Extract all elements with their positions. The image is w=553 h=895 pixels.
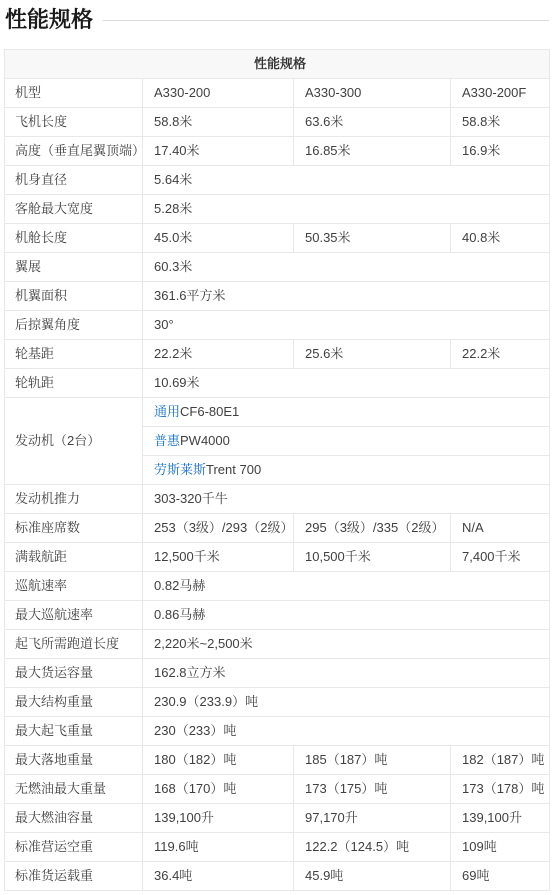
table-row: 客舱最大宽度5.28米 bbox=[5, 195, 550, 224]
table-row: 翼展60.3米 bbox=[5, 253, 550, 282]
table-row: 发动机推力303-320千牛 bbox=[5, 485, 550, 514]
table-row: 机翼面积361.6平方米 bbox=[5, 282, 550, 311]
spec-value-cell: 139,100升 bbox=[451, 804, 550, 833]
table-title: 性能规格 bbox=[5, 50, 550, 79]
spec-value-cell: 58.8米 bbox=[451, 108, 550, 137]
spec-label-cell: 最大起飞重量 bbox=[5, 717, 143, 746]
table-row: 标准营运空重119.6吨122.2（124.5）吨109吨 bbox=[5, 833, 550, 862]
spec-label-cell: 机舱长度 bbox=[5, 224, 143, 253]
spec-value-cell: 16.85米 bbox=[294, 137, 451, 166]
page: 性能规格 性能规格 机型A330-200A330-300A330-200F飞机长… bbox=[0, 0, 553, 895]
spec-value-cell: 普惠PW4000 bbox=[143, 427, 550, 456]
table-row: 机型A330-200A330-300A330-200F bbox=[5, 79, 550, 108]
spec-label-cell: 机翼面积 bbox=[5, 282, 143, 311]
table-row: 最大燃油容量139,100升97,170升139,100升 bbox=[5, 804, 550, 833]
table-row: 起飞所需跑道长度2,220米~2,500米 bbox=[5, 630, 550, 659]
spec-value-cell: N/A bbox=[451, 514, 550, 543]
spec-value-cell: 5.64米 bbox=[143, 166, 550, 195]
spec-value-cell: 230.9（233.9）吨 bbox=[143, 688, 550, 717]
spec-label-cell: 发动机（2台） bbox=[5, 398, 143, 485]
table-row: 最大起飞重量230（233）吨 bbox=[5, 717, 550, 746]
spec-value-cell: 180（182）吨 bbox=[143, 746, 294, 775]
spec-label-cell: 标准营运空重 bbox=[5, 833, 143, 862]
spec-value-cell: 58.8米 bbox=[143, 108, 294, 137]
spec-label-cell: 无燃油最大重量 bbox=[5, 775, 143, 804]
spec-value-cell: 45.9吨 bbox=[294, 862, 451, 891]
spec-label-cell: 最大货运容量 bbox=[5, 659, 143, 688]
table-row: 轮轨距10.69米 bbox=[5, 369, 550, 398]
spec-value-cell: 303-320千牛 bbox=[143, 485, 550, 514]
spec-label-cell: 最大巡航速率 bbox=[5, 601, 143, 630]
table-row: 无燃油最大重量168（170）吨173（175）吨173（178）吨 bbox=[5, 775, 550, 804]
spec-label-cell: 翼展 bbox=[5, 253, 143, 282]
spec-label-cell: 满载航距 bbox=[5, 543, 143, 572]
spec-value-cell: 5.28米 bbox=[143, 195, 550, 224]
spec-value-cell: 119.6吨 bbox=[143, 833, 294, 862]
spec-label-cell: 轮基距 bbox=[5, 340, 143, 369]
spec-table-body: 机型A330-200A330-300A330-200F飞机长度58.8米63.6… bbox=[5, 79, 550, 891]
spec-label-cell: 高度（垂直尾翼顶端） bbox=[5, 137, 143, 166]
spec-value-cell: 63.6米 bbox=[294, 108, 451, 137]
spec-value-cell: 139,100升 bbox=[143, 804, 294, 833]
engine-model-text: CF6-80E1 bbox=[180, 404, 239, 419]
spec-label-cell: 巡航速率 bbox=[5, 572, 143, 601]
table-row: 最大巡航速率0.86马赫 bbox=[5, 601, 550, 630]
spec-value-cell: 253（3级）/293（2级） bbox=[143, 514, 294, 543]
table-row: 发动机（2台）通用CF6-80E1 bbox=[5, 398, 550, 427]
spec-label-cell: 发动机推力 bbox=[5, 485, 143, 514]
spec-value-cell: 182（187）吨 bbox=[451, 746, 550, 775]
table-row: 后掠翼角度30° bbox=[5, 311, 550, 340]
spec-label-cell: 机型 bbox=[5, 79, 143, 108]
spec-value-cell: 45.0米 bbox=[143, 224, 294, 253]
table-row: 飞机长度58.8米63.6米58.8米 bbox=[5, 108, 550, 137]
spec-value-cell: 122.2（124.5）吨 bbox=[294, 833, 451, 862]
spec-value-cell: 60.3米 bbox=[143, 253, 550, 282]
table-row: 高度（垂直尾翼顶端）17.40米16.85米16.9米 bbox=[5, 137, 550, 166]
spec-value-cell: 劳斯莱斯Trent 700 bbox=[143, 456, 550, 485]
engine-model-text: PW4000 bbox=[180, 433, 230, 448]
table-header-row: 性能规格 bbox=[5, 50, 550, 79]
table-row: 满载航距12,500千米10,500千米7,400千米 bbox=[5, 543, 550, 572]
spec-value-cell: 25.6米 bbox=[294, 340, 451, 369]
title-divider bbox=[103, 20, 549, 21]
spec-value-cell: 17.40米 bbox=[143, 137, 294, 166]
spec-value-cell: 295（3级）/335（2级） bbox=[294, 514, 451, 543]
spec-label-cell: 轮轨距 bbox=[5, 369, 143, 398]
spec-value-cell: 168（170）吨 bbox=[143, 775, 294, 804]
table-row: 机身直径5.64米 bbox=[5, 166, 550, 195]
spec-table: 性能规格 机型A330-200A330-300A330-200F飞机长度58.8… bbox=[4, 49, 550, 891]
spec-value-cell: 361.6平方米 bbox=[143, 282, 550, 311]
spec-label-cell: 起飞所需跑道长度 bbox=[5, 630, 143, 659]
spec-value-cell: 2,220米~2,500米 bbox=[143, 630, 550, 659]
spec-value-cell: 7,400千米 bbox=[451, 543, 550, 572]
spec-value-cell: 162.8立方米 bbox=[143, 659, 550, 688]
spec-value-cell: 30° bbox=[143, 311, 550, 340]
spec-value-cell: 185（187）吨 bbox=[294, 746, 451, 775]
engine-manufacturer-link[interactable]: 通用 bbox=[154, 404, 180, 419]
table-row: 机舱长度45.0米50.35米40.8米 bbox=[5, 224, 550, 253]
spec-value-cell: 10.69米 bbox=[143, 369, 550, 398]
table-row: 最大落地重量180（182）吨185（187）吨182（187）吨 bbox=[5, 746, 550, 775]
spec-label-cell: 标准座席数 bbox=[5, 514, 143, 543]
spec-value-cell: 69吨 bbox=[451, 862, 550, 891]
spec-value-cell: 通用CF6-80E1 bbox=[143, 398, 550, 427]
spec-value-cell: 22.2米 bbox=[143, 340, 294, 369]
table-row: 标准座席数253（3级）/293（2级）295（3级）/335（2级）N/A bbox=[5, 514, 550, 543]
spec-value-cell: 50.35米 bbox=[294, 224, 451, 253]
page-title: 性能规格 bbox=[5, 5, 93, 35]
spec-value-cell: 22.2米 bbox=[451, 340, 550, 369]
spec-value-cell: 10,500千米 bbox=[294, 543, 451, 572]
table-row: 标准货运载重36.4吨45.9吨69吨 bbox=[5, 862, 550, 891]
spec-label-cell: 标准货运载重 bbox=[5, 862, 143, 891]
table-row: 最大货运容量162.8立方米 bbox=[5, 659, 550, 688]
spec-label-cell: 后掠翼角度 bbox=[5, 311, 143, 340]
spec-value-cell: 16.9米 bbox=[451, 137, 550, 166]
table-row: 轮基距22.2米25.6米22.2米 bbox=[5, 340, 550, 369]
section-heading: 性能规格 bbox=[4, 5, 549, 35]
spec-value-cell: 97,170升 bbox=[294, 804, 451, 833]
spec-value-cell: 40.8米 bbox=[451, 224, 550, 253]
engine-manufacturer-link[interactable]: 普惠 bbox=[154, 433, 180, 448]
spec-value-cell: 109吨 bbox=[451, 833, 550, 862]
spec-value-cell: A330-200 bbox=[143, 79, 294, 108]
spec-value-cell: 230（233）吨 bbox=[143, 717, 550, 746]
engine-model-text: Trent 700 bbox=[206, 462, 261, 477]
spec-label-cell: 机身直径 bbox=[5, 166, 143, 195]
table-row: 最大结构重量230.9（233.9）吨 bbox=[5, 688, 550, 717]
spec-value-cell: 173（175）吨 bbox=[294, 775, 451, 804]
spec-label-cell: 最大燃油容量 bbox=[5, 804, 143, 833]
spec-label-cell: 飞机长度 bbox=[5, 108, 143, 137]
spec-value-cell: A330-200F bbox=[451, 79, 550, 108]
spec-value-cell: 36.4吨 bbox=[143, 862, 294, 891]
spec-value-cell: 12,500千米 bbox=[143, 543, 294, 572]
spec-value-cell: 0.82马赫 bbox=[143, 572, 550, 601]
spec-value-cell: 173（178）吨 bbox=[451, 775, 550, 804]
spec-label-cell: 客舱最大宽度 bbox=[5, 195, 143, 224]
spec-label-cell: 最大落地重量 bbox=[5, 746, 143, 775]
spec-label-cell: 最大结构重量 bbox=[5, 688, 143, 717]
spec-value-cell: A330-300 bbox=[294, 79, 451, 108]
spec-value-cell: 0.86马赫 bbox=[143, 601, 550, 630]
table-row: 巡航速率0.82马赫 bbox=[5, 572, 550, 601]
engine-manufacturer-link[interactable]: 劳斯莱斯 bbox=[154, 462, 206, 477]
